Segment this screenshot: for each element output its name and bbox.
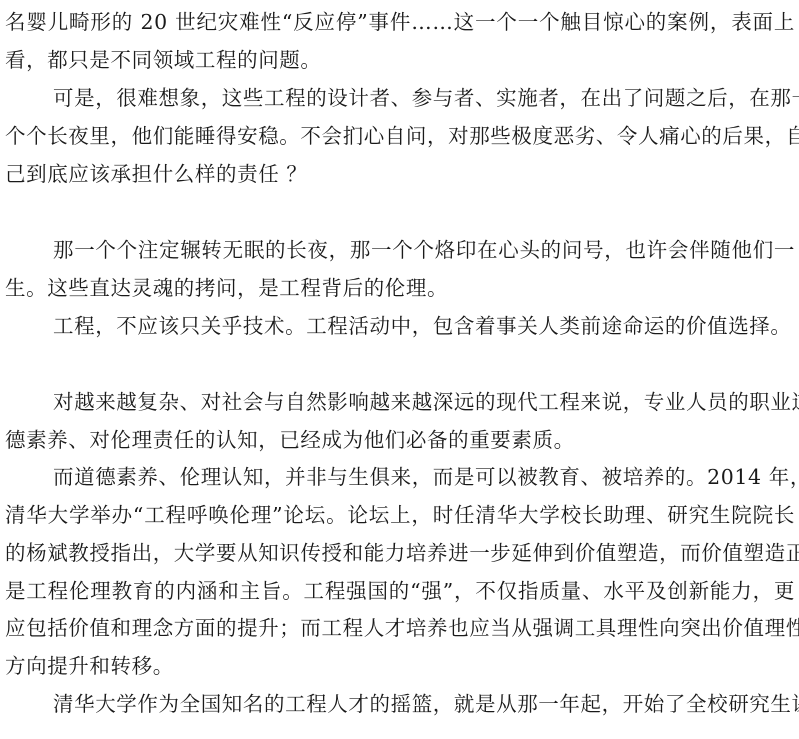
text-line: 方向提升和转移。 xyxy=(5,651,795,681)
text-line: 个个长夜里，他们能睡得安稳。不会扪心自问，对那些极度恶劣、令人痛心的后果，自 xyxy=(5,121,795,151)
text-line: 生。这些直达灵魂的拷问，是工程背后的伦理。 xyxy=(5,273,795,303)
paragraph-start-line: 对越来越复杂、对社会与自然影响越来越深远的现代工程来说，专业人员的职业道 xyxy=(53,387,795,417)
text-line: 名婴儿畸形的 20 世纪灾难性“反应停”事件……这一个一个触目惊心的案例，表面上 xyxy=(5,7,795,37)
text-line: 是工程伦理教育的内涵和主旨。工程强国的“强”，不仅指质量、水平及创新能力，更 xyxy=(5,576,795,606)
paragraph-start-line: 清华大学作为全国知名的工程人才的摇篮，就是从那一年起，开始了全校研究生课 xyxy=(53,689,795,719)
paragraph-start-line: 工程，不应该只关乎技术。工程活动中，包含着事关人类前途命运的价值选择。 xyxy=(53,311,795,341)
paragraph-start-line: 可是，很难想象，这些工程的设计者、参与者、实施者，在出了问题之后，在那一 xyxy=(53,83,795,113)
text-line: 己到底应该承担什么样的责任 ？ xyxy=(5,159,795,189)
paragraph-start-line: 而道德素养、伦理认知，并非与生俱来，而是可以被教育、被培养的。2014 年， xyxy=(53,462,795,492)
text-line: 清华大学举办“工程呼唤伦理”论坛。论坛上，时任清华大学校长助理、研究生院院长 xyxy=(5,500,795,530)
text-line: 的杨斌教授指出，大学要从知识传授和能力培养进一步延伸到价值塑造，而价值塑造正 xyxy=(5,538,795,568)
text-line: 看，都只是不同领域工程的问题。 xyxy=(5,45,795,75)
text-line: 应包括价值和理念方面的提升；而工程人才培养也应当从强调工具理性向突出价值理性 xyxy=(5,613,795,643)
text-line: 德素养、对伦理责任的认知，已经成为他们必备的重要素质。 xyxy=(5,425,795,455)
document-page: 名婴儿畸形的 20 世纪灾难性“反应停”事件……这一个一个触目惊心的案例，表面上… xyxy=(0,0,799,739)
paragraph-start-line: 那一个个注定辗转无眠的长夜，那一个个烙印在心头的问号，也许会伴随他们一 xyxy=(53,235,795,265)
